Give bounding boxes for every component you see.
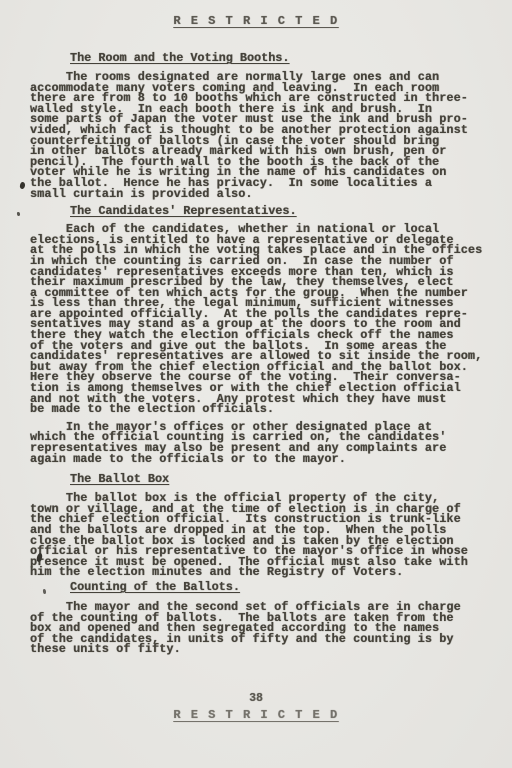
- ink-speck: [43, 589, 47, 594]
- classification-header: R E S T R I C T E D: [0, 0, 512, 28]
- section-heading-candidates-representatives: The Candidates' Representatives.: [70, 205, 484, 217]
- paragraph-representatives-at-counting: In the mayor's offices or other designat…: [30, 422, 484, 464]
- document-page: R E S T R I C T E D The Room and the Vot…: [0, 0, 512, 768]
- paragraph-ballot-box: The ballot box is the official property …: [30, 493, 484, 578]
- paragraph-counting-of-ballots: The mayor and the second set of official…: [30, 602, 484, 655]
- document-body: The Room and the Voting Booths. The room…: [0, 52, 512, 655]
- paragraph-room-and-booths: The rooms designated are normally large …: [30, 72, 484, 199]
- page-number: 38: [0, 693, 512, 705]
- classification-footer: R E S T R I C T E D: [0, 708, 512, 722]
- paragraph-representatives-at-polls: Each of the candidates, whether in natio…: [30, 224, 484, 415]
- section-heading-counting-of-ballots: Counting of the Ballots.: [70, 581, 484, 593]
- section-heading-room-and-voting-booths: The Room and the Voting Booths.: [70, 52, 484, 64]
- section-heading-ballot-box: The Ballot Box: [70, 473, 484, 485]
